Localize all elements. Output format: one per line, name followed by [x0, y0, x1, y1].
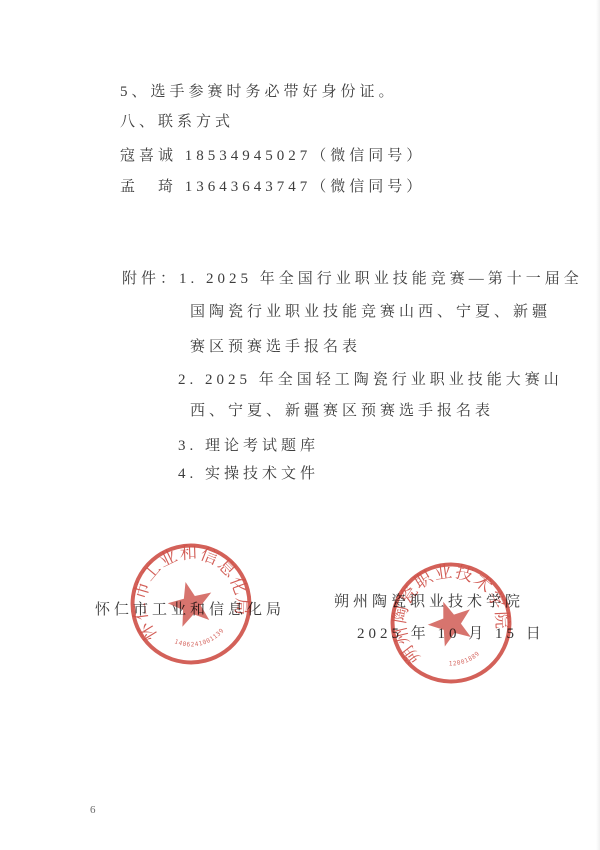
attachment-line-2: 国陶瓷行业职业技能竞赛山西、宁夏、新疆	[190, 300, 551, 321]
official-seal-right: 朔州陶瓷职业技术学院 12001889	[366, 538, 535, 707]
attachment-line-7: 4. 实操技术文件	[178, 462, 319, 483]
scanned-document-page: 5、选手参赛时务必带好身份证。 八、联系方式 寇喜诚 18534945027（微…	[0, 0, 600, 850]
heading-contact-info: 八、联系方式	[120, 110, 234, 131]
contact-person-1: 寇喜诚 18534945027（微信同号）	[120, 144, 425, 165]
attachment-line-5: 西、宁夏、新疆赛区预赛选手报名表	[190, 399, 494, 420]
page-number: 6	[90, 804, 96, 816]
seal-right-serial: 12001889	[446, 649, 482, 670]
contact-person-2: 孟 琦 13643643747（微信同号）	[120, 175, 425, 196]
seal-left-serial: 1406241001139	[172, 626, 228, 653]
star-icon	[422, 594, 479, 649]
official-seal-left: 怀仁市工业和信息化局 1406241001139	[111, 524, 271, 684]
attachment-line-4: 2. 2025 年全国轻工陶瓷行业职业技能大赛山	[178, 368, 563, 389]
attachment-line-6: 3. 理论考试题库	[178, 434, 319, 455]
attachment-line-1: 附件：1. 2025 年全国行业职业技能竞赛—第十一届全	[122, 267, 583, 288]
star-icon	[164, 577, 218, 629]
attachment-line-3: 赛区预赛选手报名表	[190, 335, 361, 356]
paragraph-id-card-notice: 5、选手参赛时务必带好身份证。	[120, 80, 398, 101]
